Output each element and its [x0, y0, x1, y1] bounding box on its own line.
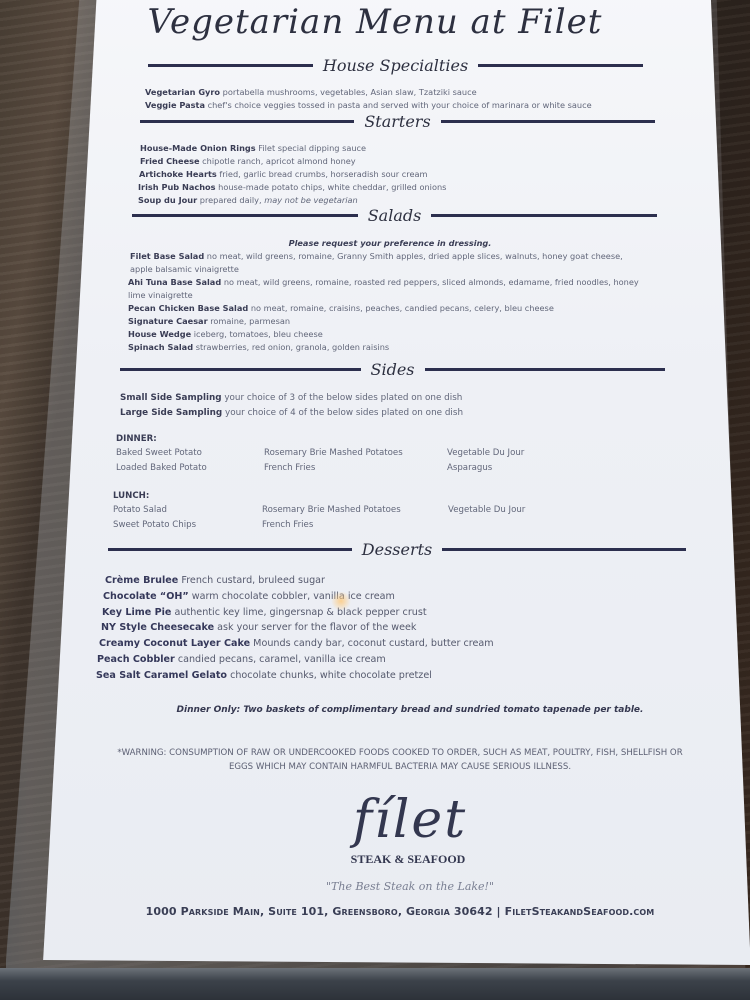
- item-name: Chocolate “OH”: [103, 591, 189, 602]
- tagline: "The Best Steak on the Lake!": [300, 880, 520, 893]
- sides-column: Baked Sweet Potato Loaded Baked Potato: [116, 446, 207, 475]
- item-name: Crème Brulee: [105, 575, 178, 586]
- menu-item: Chocolate “OH” warm chocolate cobbler, v…: [96, 589, 494, 605]
- section-label: Salads: [358, 206, 432, 225]
- side-item: Rosemary Brie Mashed Potatoes: [264, 446, 403, 461]
- menu-item: Small Side Sampling your choice of 3 of …: [120, 391, 463, 406]
- item-desc: authentic key lime, gingersnap & black p…: [175, 607, 427, 618]
- dinner-only-note: Dinner Only: Two baskets of complimentar…: [150, 705, 670, 715]
- dinner-header: DINNER:: [116, 432, 616, 447]
- divider-rule: [425, 368, 666, 371]
- menu-item: Key Lime Pie authentic key lime, gingers…: [96, 605, 494, 621]
- item-desc: French custard, bruleed sugar: [181, 575, 325, 586]
- divider-rule: [140, 120, 354, 123]
- divider-rule: [132, 214, 358, 217]
- divider-rule: [431, 214, 657, 217]
- item-desc: no meat, romaine, craisins, peaches, can…: [251, 303, 554, 313]
- divider-rule: [120, 368, 361, 371]
- item-name: Artichoke Hearts: [139, 169, 217, 179]
- menu-item: Veggie Pasta chef's choice veggies tosse…: [145, 99, 592, 112]
- section-salads: Salads: [132, 206, 657, 225]
- dressing-note: Please request your preference in dressi…: [150, 238, 630, 248]
- menu-item: Large Side Sampling your choice of 4 of …: [120, 406, 463, 421]
- menu-item: NY Style Cheesecake ask your server for …: [96, 620, 494, 636]
- starters-list: House-Made Onion Rings Filet special dip…: [138, 142, 446, 207]
- item-name: Small Side Sampling: [120, 393, 222, 403]
- sides-column: Rosemary Brie Mashed Potatoes French Fri…: [264, 446, 403, 475]
- side-item: Sweet Potato Chips: [113, 518, 196, 533]
- item-name: Peach Cobbler: [97, 654, 175, 665]
- item-name: Large Side Sampling: [120, 408, 222, 418]
- item-desc: strawberries, red onion, granola, golden…: [196, 342, 390, 352]
- sides-sampling-list: Small Side Sampling your choice of 3 of …: [120, 391, 463, 421]
- item-desc: iceberg, tomatoes, bleu cheese: [194, 329, 323, 339]
- item-desc: prepared daily,: [200, 195, 262, 205]
- address-line: 1000 Parkside Main, Suite 101, Greensbor…: [100, 905, 700, 918]
- sides-lunch: LUNCH: Potato Salad Sweet Potato Chips R…: [113, 489, 613, 539]
- item-desc: candied pecans, caramel, vanilla ice cre…: [178, 654, 386, 665]
- item-desc: ask your server for the flavor of the we…: [217, 622, 416, 633]
- item-name: Pecan Chicken Base Salad: [128, 303, 248, 313]
- section-house-specialties: House Specialties: [148, 56, 643, 75]
- item-name: NY Style Cheesecake: [101, 622, 214, 633]
- lunch-header: LUNCH:: [113, 489, 613, 504]
- sides-dinner: DINNER: Baked Sweet Potato Loaded Baked …: [116, 432, 616, 482]
- item-name: Irish Pub Nachos: [138, 182, 216, 192]
- side-item: Asparagus: [447, 461, 524, 476]
- item-name: Fried Cheese: [140, 156, 200, 166]
- menu-item: Fried Cheese chipotle ranch, apricot alm…: [138, 155, 446, 168]
- sides-column: Vegetable Du Jour: [448, 503, 525, 518]
- divider-rule: [108, 548, 352, 551]
- item-name: Ahi Tuna Base Salad: [128, 277, 221, 287]
- section-label: Desserts: [352, 540, 442, 559]
- side-item: French Fries: [262, 518, 401, 533]
- item-name: Veggie Pasta: [145, 100, 205, 110]
- item-desc: warm chocolate cobbler, vanilla ice crea…: [192, 591, 395, 602]
- item-desc: your choice of 4 of the below sides plat…: [225, 408, 463, 418]
- filet-logo: fílet: [310, 790, 510, 850]
- section-starters: Starters: [140, 112, 655, 131]
- item-desc: no meat, wild greens, romaine, Granny Sm…: [130, 251, 623, 274]
- item-desc: chipotle ranch, apricot almond honey: [202, 156, 355, 166]
- item-desc-note: may not be vegetarian: [264, 195, 357, 205]
- salads-list: Filet Base Salad no meat, wild greens, r…: [128, 250, 648, 354]
- menu-item: Pecan Chicken Base Salad no meat, romain…: [128, 302, 648, 315]
- item-desc: your choice of 3 of the below sides plat…: [224, 393, 462, 403]
- side-item: Potato Salad: [113, 503, 196, 518]
- menu-item: Peach Cobbler candied pecans, caramel, v…: [96, 652, 494, 668]
- item-desc: chocolate chunks, white chocolate pretze…: [230, 670, 432, 681]
- section-label: House Specialties: [313, 56, 478, 75]
- side-item: Baked Sweet Potato: [116, 446, 207, 461]
- house-specialties-list: Vegetarian Gyro portabella mushrooms, ve…: [145, 86, 592, 112]
- section-label: Starters: [354, 112, 440, 131]
- item-desc: portabella mushrooms, vegetables, Asian …: [223, 87, 477, 97]
- item-name: Creamy Coconut Layer Cake: [99, 638, 250, 649]
- item-desc: Filet special dipping sauce: [258, 143, 366, 153]
- item-desc: romaine, parmesan: [210, 316, 290, 326]
- menu-item: Signature Caesar romaine, parmesan: [128, 315, 648, 328]
- item-name: Spinach Salad: [128, 342, 193, 352]
- item-desc: fried, garlic bread crumbs, horseradish …: [219, 169, 427, 179]
- section-sides: Sides: [120, 360, 665, 379]
- desserts-list: Crème Brulee French custard, bruleed sug…: [96, 573, 494, 684]
- item-desc: chef's choice veggies tossed in pasta an…: [208, 100, 592, 110]
- menu-item: Spinach Salad strawberries, red onion, g…: [128, 341, 648, 354]
- item-name: Filet Base Salad: [130, 251, 204, 261]
- menu-item: Creamy Coconut Layer Cake Mounds candy b…: [96, 636, 494, 652]
- side-item: Loaded Baked Potato: [116, 461, 207, 476]
- section-label: Sides: [361, 360, 425, 379]
- food-safety-warning: *WARNING: CONSUMPTION OF RAW OR UNDERCOO…: [110, 746, 690, 774]
- side-item: French Fries: [264, 461, 403, 476]
- divider-rule: [442, 548, 686, 551]
- menu-item: Vegetarian Gyro portabella mushrooms, ve…: [145, 86, 592, 99]
- side-item: Rosemary Brie Mashed Potatoes: [262, 503, 401, 518]
- divider-rule: [478, 64, 643, 67]
- sides-column: Vegetable Du Jour Asparagus: [447, 446, 524, 475]
- divider-rule: [441, 120, 655, 123]
- menu-item: Artichoke Hearts fried, garlic bread cru…: [138, 168, 446, 181]
- item-name: Sea Salt Caramel Gelato: [96, 670, 227, 681]
- menu-item: House Wedge iceberg, tomatoes, bleu chee…: [128, 328, 648, 341]
- item-name: Vegetarian Gyro: [145, 87, 220, 97]
- item-name: House Wedge: [128, 329, 191, 339]
- side-item: Vegetable Du Jour: [448, 503, 525, 518]
- side-item: Vegetable Du Jour: [447, 446, 524, 461]
- menu-item: Irish Pub Nachos house-made potato chips…: [138, 181, 446, 194]
- logo-subtitle: STEAK & SEAFOOD: [338, 852, 478, 867]
- menu-item: House-Made Onion Rings Filet special dip…: [138, 142, 446, 155]
- menu-item: Filet Base Salad no meat, wild greens, r…: [128, 250, 648, 276]
- menu-title: Vegetarian Menu at Filet: [0, 2, 750, 42]
- item-name: House-Made Onion Rings: [140, 143, 256, 153]
- menu-item: Ahi Tuna Base Salad no meat, wild greens…: [128, 276, 648, 302]
- item-name: Signature Caesar: [128, 316, 208, 326]
- item-name: Key Lime Pie: [102, 607, 171, 618]
- section-desserts: Desserts: [108, 540, 686, 559]
- divider-rule: [148, 64, 313, 67]
- item-name: Soup du Jour: [138, 195, 197, 205]
- sides-column: Rosemary Brie Mashed Potatoes French Fri…: [262, 503, 401, 532]
- item-desc: Mounds candy bar, coconut custard, butte…: [253, 638, 493, 649]
- menu-item: Crème Brulee French custard, bruleed sug…: [96, 573, 494, 589]
- sides-column: Potato Salad Sweet Potato Chips: [113, 503, 196, 532]
- menu-item: Sea Salt Caramel Gelato chocolate chunks…: [96, 668, 494, 684]
- menu-content: Vegetarian Menu at Filet House Specialti…: [0, 0, 750, 1000]
- light-glare: [330, 592, 352, 610]
- item-desc: house-made potato chips, white cheddar, …: [218, 182, 446, 192]
